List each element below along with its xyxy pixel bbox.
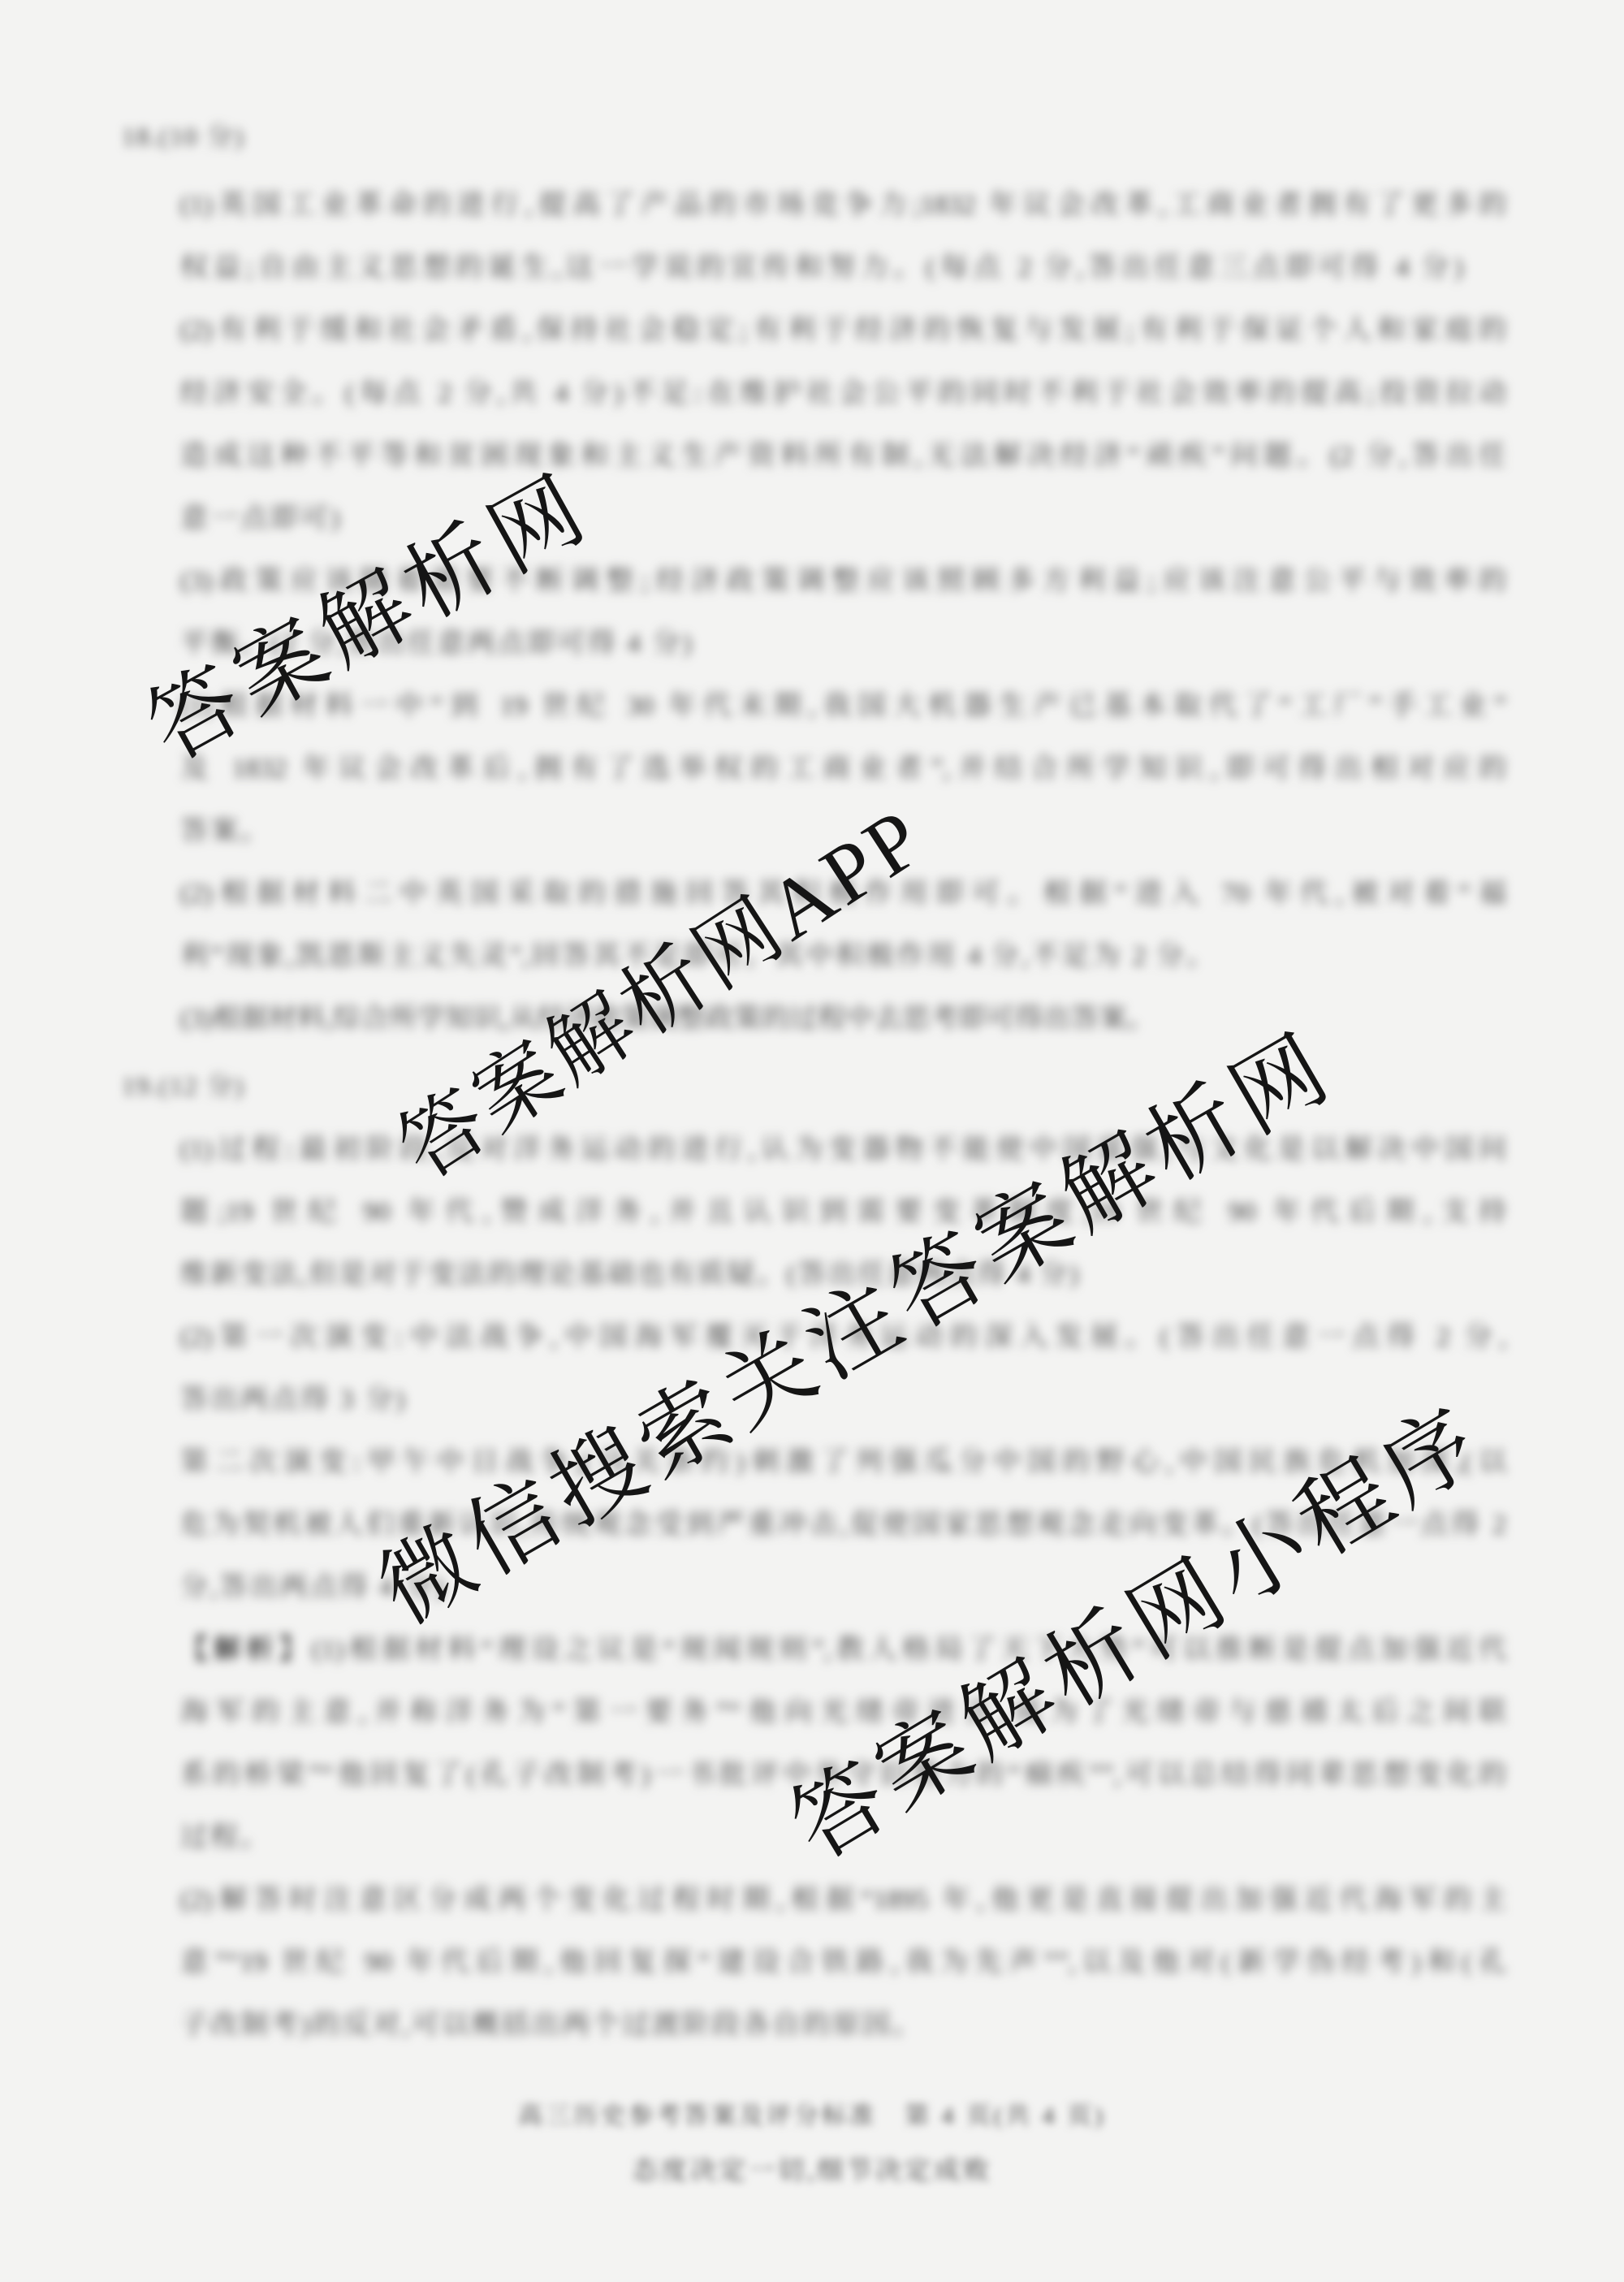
footer-line: 态度决定一切,细节决定成败 bbox=[0, 2154, 1624, 2188]
scanned-answer-sheet-page: 18.(10 分)(1)英国工业革命的进行,提高了产品的市场竞争力;1832 年… bbox=[0, 0, 1624, 2282]
page-footer: 高三历史参考答案及评分标准 第 4 页(共 4 页)态度决定一切,细节决定成败 bbox=[0, 0, 1624, 2282]
footer-line: 高三历史参考答案及评分标准 第 4 页(共 4 页) bbox=[0, 2100, 1624, 2132]
